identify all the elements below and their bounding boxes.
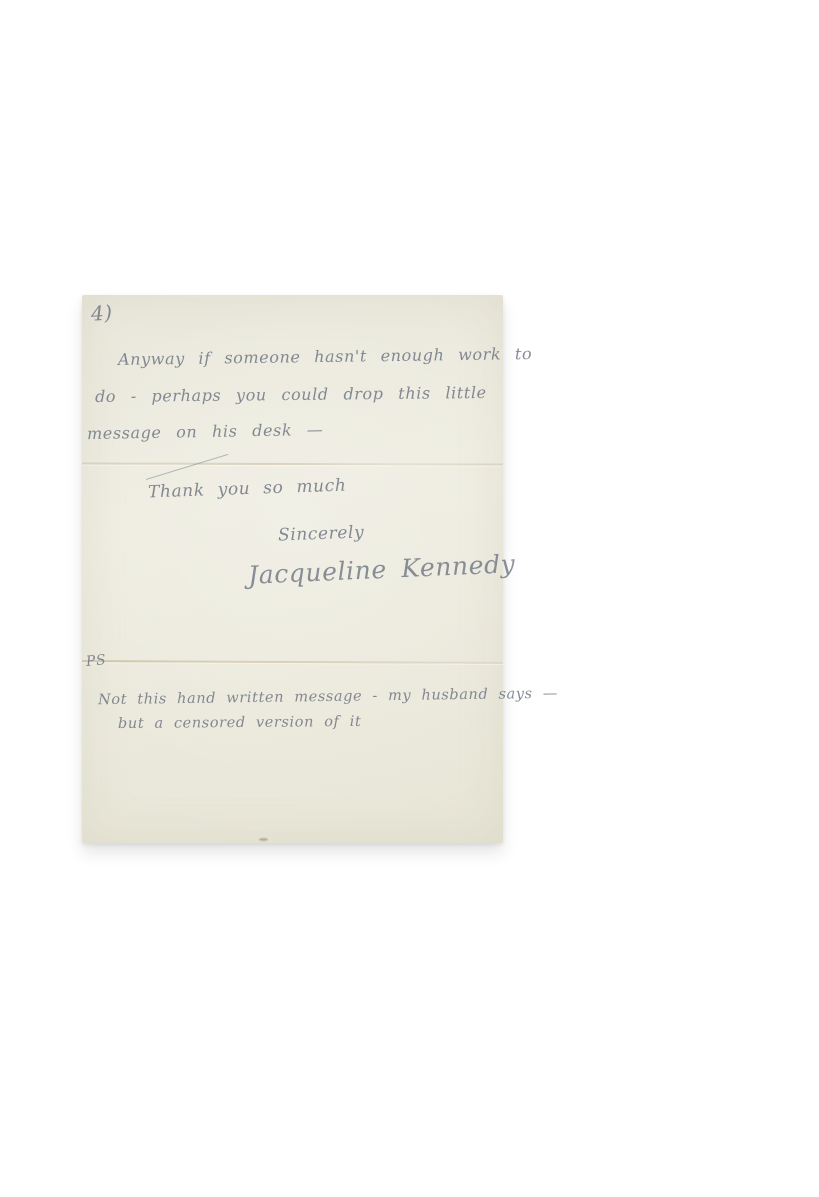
- pen-stroke-flourish: [146, 454, 229, 480]
- fold-crease-bottom: [82, 660, 503, 664]
- postscript-line: but a censored version of it: [118, 714, 361, 732]
- paper-smudge: [259, 838, 268, 841]
- signature: Jacqueline Kennedy: [247, 549, 515, 590]
- photo-background: 4) Anyway if someone hasn't enough work …: [0, 0, 819, 1197]
- letter-sheet: 4) Anyway if someone hasn't enough work …: [82, 295, 503, 843]
- closing-thanks-line: Thank you so much: [148, 476, 347, 503]
- handwritten-line: message on his desk —: [87, 420, 324, 443]
- closing-sincerely-line: Sincerely: [278, 523, 365, 546]
- fold-crease-top: [82, 462, 503, 465]
- handwritten-line: do - perhaps you could drop this little: [95, 383, 487, 406]
- page-number-mark: 4): [90, 300, 113, 325]
- postscript-label: PS: [85, 652, 107, 670]
- postscript-line: Not this hand written message - my husba…: [98, 686, 558, 708]
- handwritten-line: Anyway if someone hasn't enough work to: [118, 344, 532, 369]
